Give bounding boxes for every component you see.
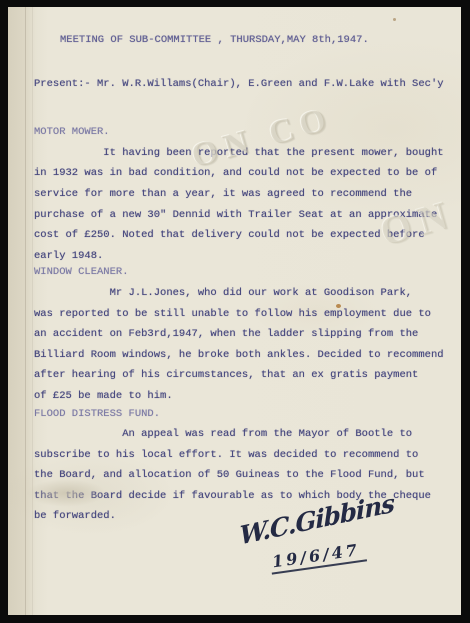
paragraph-line: service for more than a year, it was agr… [34,184,449,205]
paper-smudge [26,479,106,507]
paragraph-line: It having been reported that the present… [34,143,449,164]
present-line: Present:- Mr. W.R.Willams(Chair), E.Gree… [34,74,449,95]
meeting-title: MEETING OF SUB-COMMITTEE , THURSDAY,MAY … [34,30,449,51]
section-window-cleaner: WINDOW CLEANER. Mr J.L.Jones, who did ou… [34,262,449,406]
page-fold-crease [25,7,26,615]
section-motor-mower: MOTOR MOWER. It having been reported tha… [34,122,449,266]
document-page: ON CO ON MEETING OF SUB-COMMITTEE , THUR… [8,7,461,615]
paragraph-line: be forwarded. [34,506,449,527]
paragraph-line: an accident on Feb3rd,1947, when the lad… [34,324,449,345]
paragraph-line: An appeal was read from the Mayor of Boo… [34,424,449,445]
section-flood-distress-fund: FLOOD DISTRESS FUND. An appeal was read … [34,404,449,528]
section-heading: WINDOW CLEANER. [34,262,449,283]
paragraph-line: was reported to be still unable to follo… [34,304,449,325]
section-heading: FLOOD DISTRESS FUND. [34,404,449,425]
paragraph-line: purchase of a new 30" Dennid with Traile… [34,205,449,226]
paper-stain [336,304,341,308]
paragraph-line: Billiard Room windows, he broke both ank… [34,345,449,366]
page-fold-crease [32,7,33,615]
paragraph-line: subscribe to his local effort. It was de… [34,445,449,466]
paragraph-line: Mr J.L.Jones, who did our work at Goodis… [34,283,449,304]
paper-stain [393,18,396,21]
paragraph-line: after hearing of his circumstances, that… [34,365,449,386]
section-heading: MOTOR MOWER. [34,122,449,143]
paragraph-line: in 1932 was in bad condition, and could … [34,163,449,184]
paragraph-line: cost of £250. Noted that delivery could … [34,225,449,246]
